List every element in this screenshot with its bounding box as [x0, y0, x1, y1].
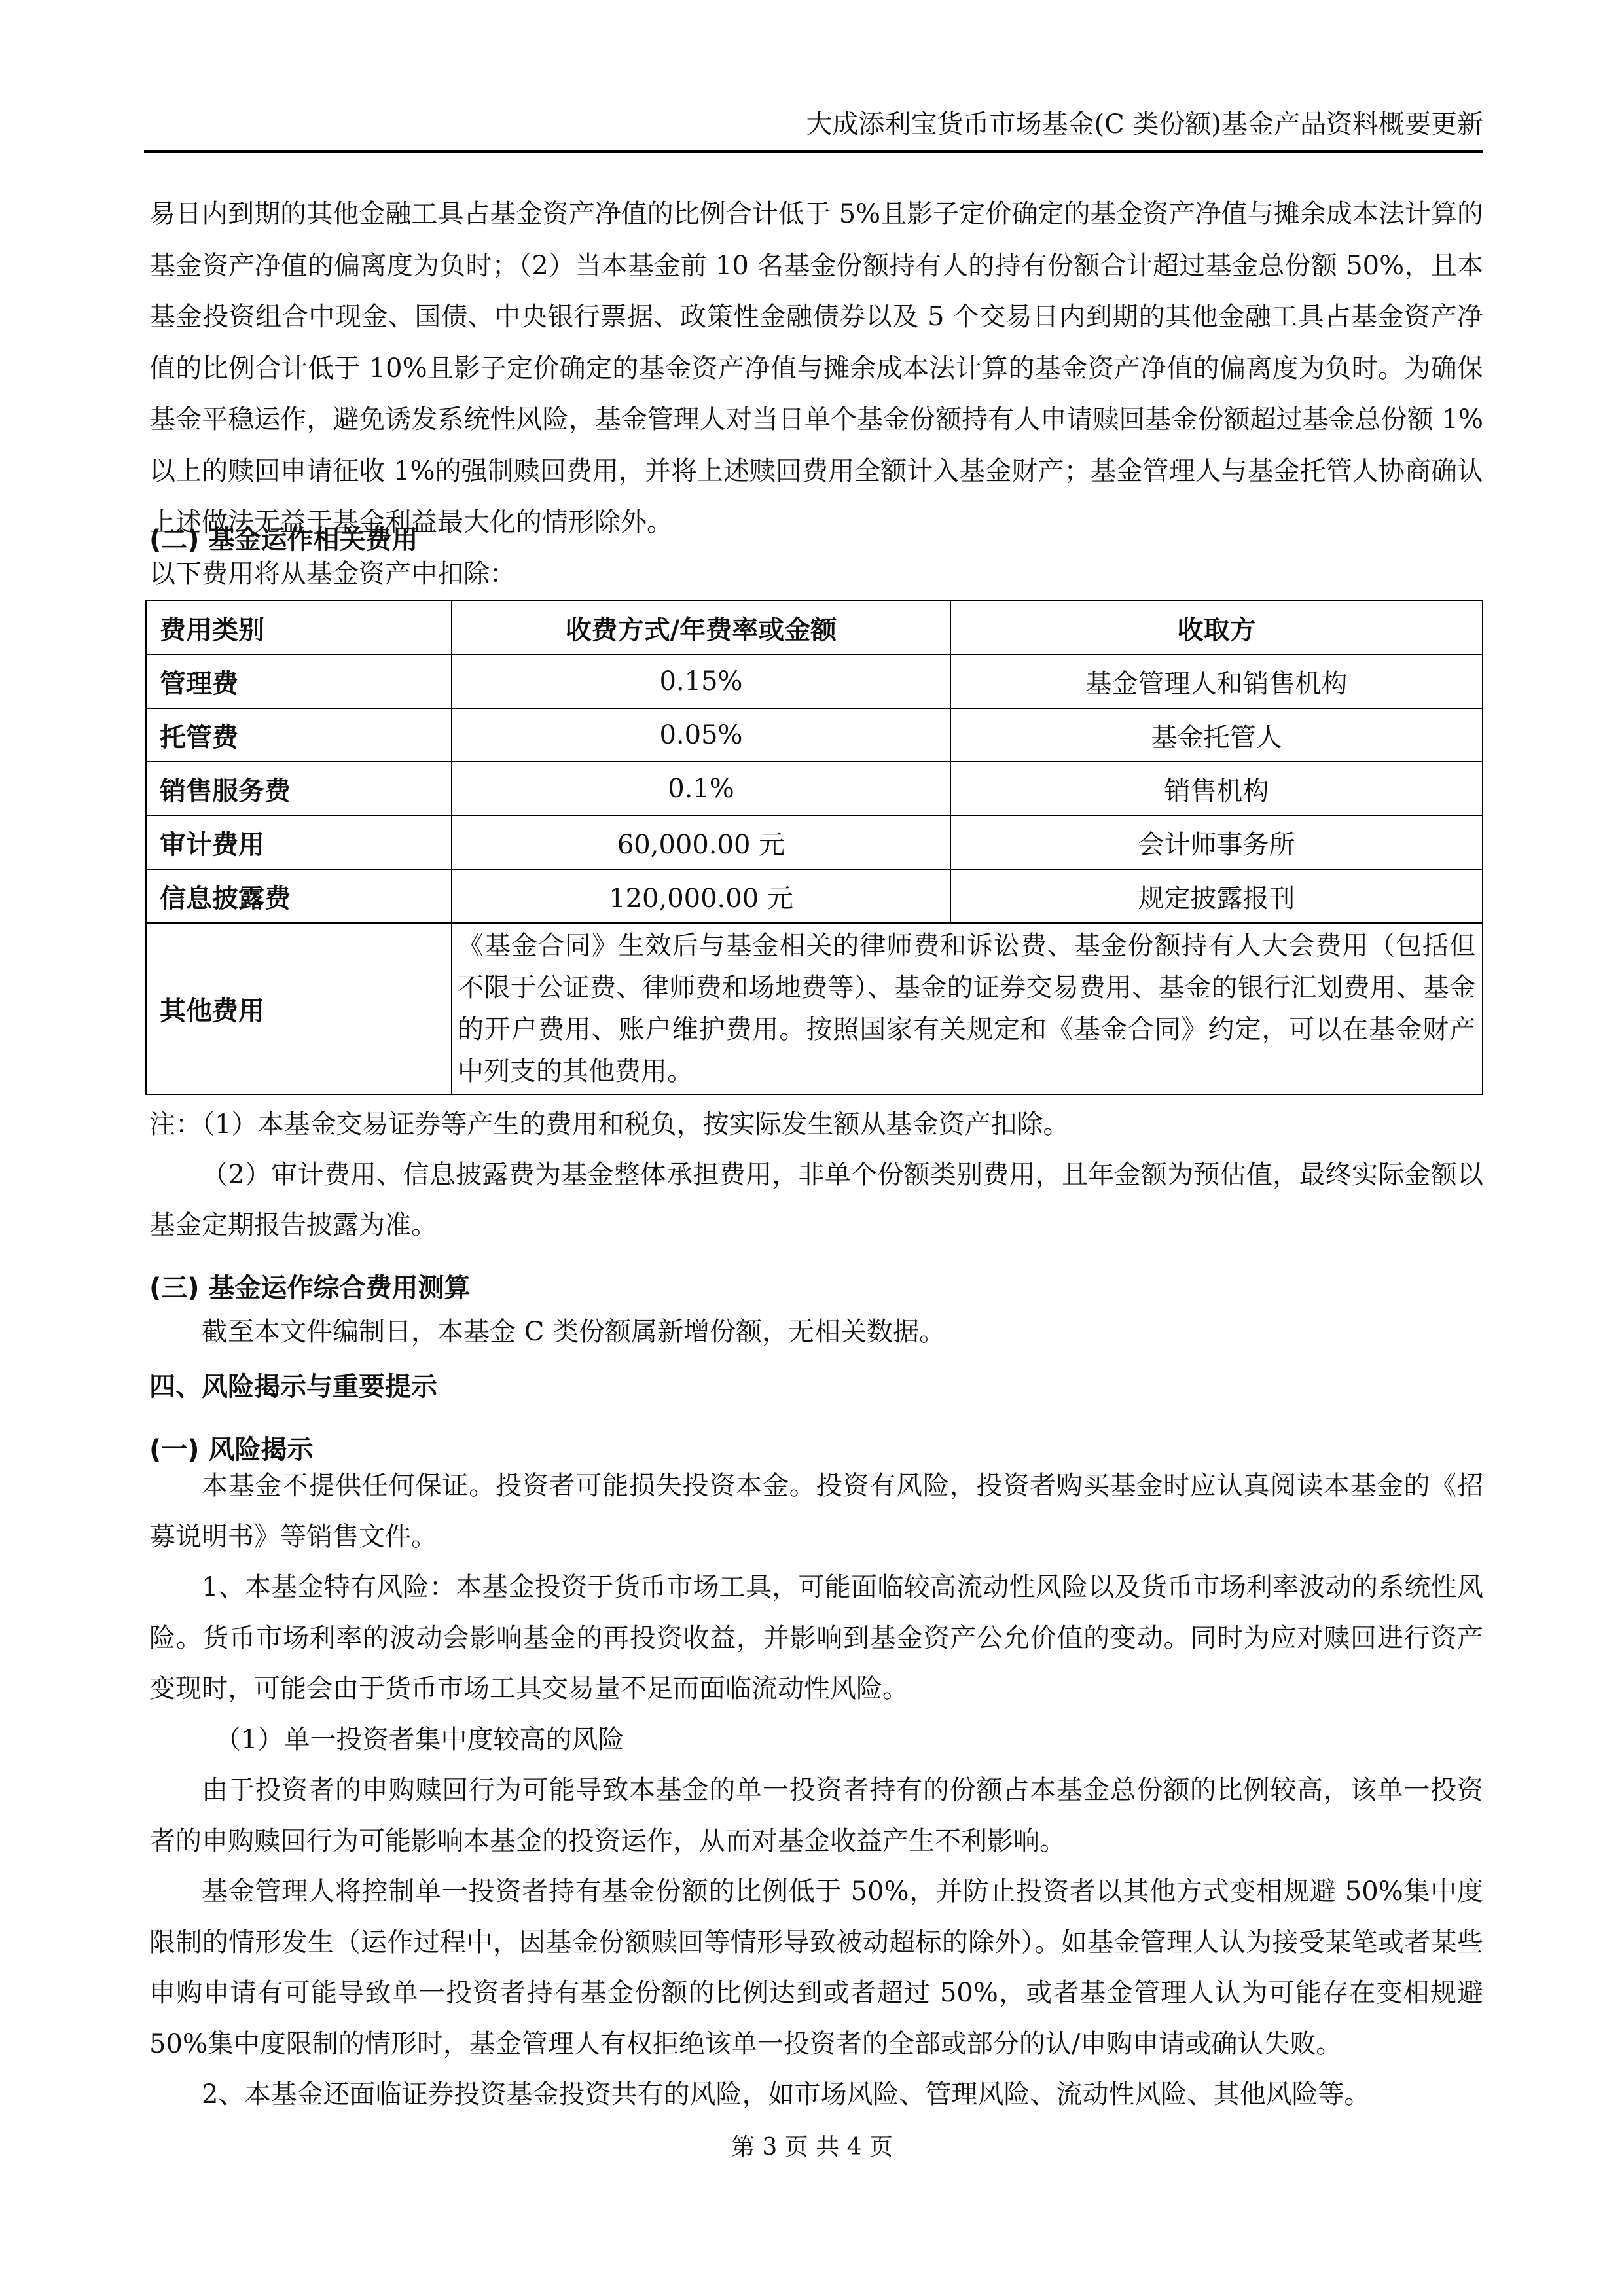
- cell-category: 信息披露费: [146, 869, 452, 923]
- cell-category: 审计费用: [146, 816, 452, 869]
- cell-category: 其他费用: [146, 923, 452, 1094]
- section-3-title: (三) 基金运作综合费用测算: [149, 1268, 471, 1308]
- header-cell-recipient: 收取方: [950, 601, 1483, 655]
- header-cell-rate: 收费方式/年费率或金额: [452, 601, 950, 655]
- cell-recipient: 基金托管人: [950, 708, 1483, 762]
- table-row: 信息披露费 120,000.00 元 规定披露报刊: [146, 869, 1483, 923]
- risk-paragraph: 1、本基金特有风险：本基金投资于货币市场工具，可能面临较高流动性风险以及货币市场…: [149, 1562, 1483, 1715]
- risk-paragraph: 2、本基金还面临证券投资基金投资共有的风险，如市场风险、管理风险、流动性风险、其…: [149, 2070, 1483, 2121]
- section-4-title: 四、风险揭示与重要提示: [149, 1367, 437, 1407]
- continued-paragraph-block: 易日内到期的其他金融工具占基金资产净值的比例合计低于 5%且影子定价确定的基金资…: [149, 188, 1483, 548]
- risk-disclosure-body: 本基金不提供任何保证。投资者可能损失投资本金。投资有风险，投资者购买基金时应认真…: [149, 1461, 1483, 2121]
- cell-rate: 0.15%: [452, 655, 950, 708]
- fee-notes: 注：（1）本基金交易证券等产生的费用和税负，按实际发生额从基金资产扣除。 （2）…: [149, 1100, 1483, 1251]
- header-divider: [144, 150, 1483, 153]
- risk-paragraph: 基金管理人将控制单一投资者持有基金份额的比例低于 50%，并防止投资者以其他方式…: [149, 1867, 1483, 2070]
- note-1: 注：（1）本基金交易证券等产生的费用和税负，按实际发生额从基金资产扣除。: [149, 1100, 1483, 1150]
- cell-category: 托管费: [146, 708, 452, 762]
- section-3-body: 截至本文件编制日，本基金 C 类份额属新增份额，无相关数据。: [149, 1306, 1483, 1358]
- risk-paragraph: 由于投资者的申购赎回行为可能导致本基金的单一投资者持有的份额占本基金总份额的比例…: [149, 1765, 1483, 1867]
- cell-rate: 0.05%: [452, 708, 950, 762]
- section-3-body-wrapper: 截至本文件编制日，本基金 C 类份额属新增份额，无相关数据。: [149, 1306, 1483, 1358]
- table-row: 管理费 0.15% 基金管理人和销售机构: [146, 655, 1483, 708]
- cell-recipient: 基金管理人和销售机构: [950, 655, 1483, 708]
- risk-paragraph: 本基金不提供任何保证。投资者可能损失投资本金。投资有风险，投资者购买基金时应认真…: [149, 1461, 1483, 1562]
- page-number: 第 3 页 共 4 页: [0, 2131, 1624, 2164]
- fees-table: 费用类别 收费方式/年费率或金额 收取方 管理费 0.15% 基金管理人和销售机…: [145, 600, 1483, 1095]
- cell-category: 管理费: [146, 655, 452, 708]
- section-2-intro: 以下费用将从基金资产中扣除：: [149, 555, 516, 593]
- note-2: （2）审计费用、信息披露费为基金整体承担费用，非单个份额类别费用，且年金额为预估…: [149, 1150, 1483, 1251]
- table-row: 托管费 0.05% 基金托管人: [146, 708, 1483, 762]
- cell-recipient: 会计师事务所: [950, 816, 1483, 869]
- document-page: 大成添利宝货币市场基金(C 类份额)基金产品资料概要更新 易日内到期的其他金融工…: [0, 0, 1624, 2296]
- cell-rate: 0.1%: [452, 762, 950, 816]
- table-row: 审计费用 60,000.00 元 会计师事务所: [146, 816, 1483, 869]
- risk-subheading: （1）单一投资者集中度较高的风险: [149, 1715, 1483, 1766]
- table-row: 销售服务费 0.1% 销售机构: [146, 762, 1483, 816]
- document-header-title: 大成添利宝货币市场基金(C 类份额)基金产品资料概要更新: [806, 106, 1483, 143]
- intro-paragraph: 易日内到期的其他金融工具占基金资产净值的比例合计低于 5%且影子定价确定的基金资…: [149, 188, 1483, 548]
- header-cell-category: 费用类别: [146, 601, 452, 655]
- cell-recipient: 规定披露报刊: [950, 869, 1483, 923]
- cell-rate: 60,000.00 元: [452, 816, 950, 869]
- cell-recipient: 销售机构: [950, 762, 1483, 816]
- table-header-row: 费用类别 收费方式/年费率或金额 收取方: [146, 601, 1483, 655]
- table-row-other-fees: 其他费用 《基金合同》生效后与基金相关的律师费和诉讼费、基金份额持有人大会费用（…: [146, 923, 1483, 1094]
- cell-rate: 120,000.00 元: [452, 869, 950, 923]
- cell-other-fees-description: 《基金合同》生效后与基金相关的律师费和诉讼费、基金份额持有人大会费用（包括但不限…: [452, 923, 1483, 1094]
- section-2-title: (二) 基金运作相关费用: [149, 520, 418, 560]
- cell-category: 销售服务费: [146, 762, 452, 816]
